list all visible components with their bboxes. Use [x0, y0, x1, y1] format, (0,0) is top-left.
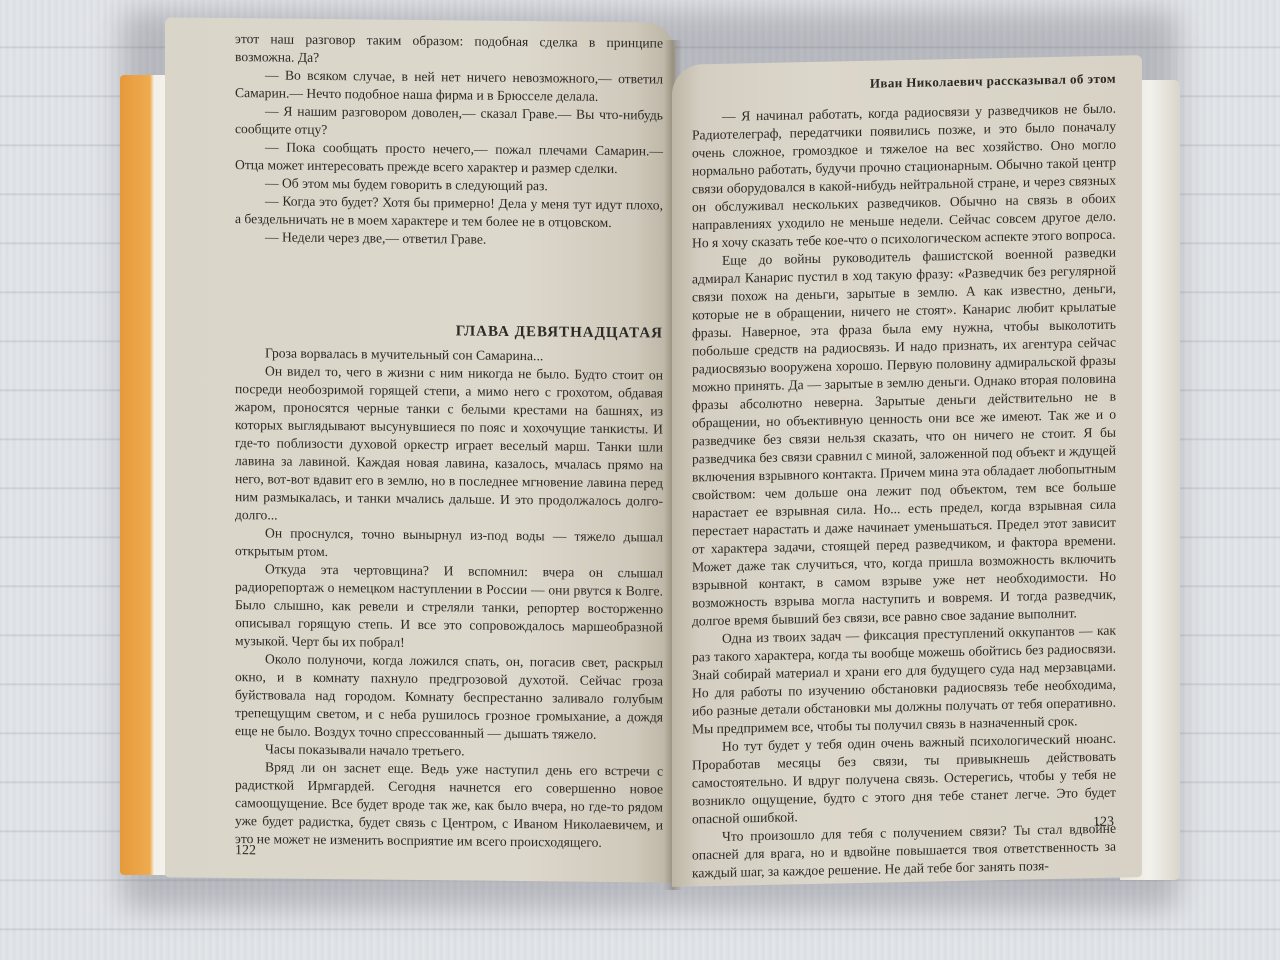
paragraph: Что произошло для тебя с получением связ… — [692, 820, 1116, 883]
page-number: 123 — [1093, 814, 1114, 832]
paragraph: Он видел то, чего в жизни с ним никогда … — [235, 362, 663, 528]
paragraph: — Пока сообщать просто нечего,— пожал пл… — [235, 138, 663, 178]
running-head: Иван Николаевич рассказывал об этом — [692, 70, 1116, 97]
paragraph: — Когда это будет? Хотя бы примерно! Дел… — [235, 192, 663, 232]
paragraph: Откуда эта чертовщина? И вспомнил: вчера… — [235, 560, 663, 654]
paragraph: — Во всяком случае, в ней нет ничего нев… — [235, 66, 663, 106]
chapter-title: ГЛАВА ДЕВЯТНАДЦАТАЯ — [235, 320, 663, 342]
paragraph: Вряд ли он заснет еще. Ведь уже наступил… — [235, 758, 663, 852]
paragraph: Около полуночи, когда ложился спать, он,… — [235, 650, 663, 744]
paragraph: — Я начинал работать, когда радиосвязи у… — [692, 100, 1116, 253]
paragraph: Но тут будет у тебя один очень важный пс… — [692, 730, 1116, 829]
paragraph: Еще до войны руководитель фашистской вое… — [692, 244, 1116, 631]
left-page: этот наш разговор таким образом: подобна… — [165, 17, 675, 882]
paragraph: этот наш разговор таким образом: подобна… — [235, 30, 663, 70]
paragraph: — Я нашим разговором доволен,— сказал Гр… — [235, 102, 663, 142]
paragraph: Одна из твоих задач — фиксация преступле… — [692, 622, 1116, 739]
paragraph: Он проснулся, точно вынырнул из-под воды… — [235, 524, 663, 564]
page-number: 122 — [235, 842, 256, 860]
right-page: Иван Николаевич рассказывал об этом — Я … — [672, 55, 1142, 887]
